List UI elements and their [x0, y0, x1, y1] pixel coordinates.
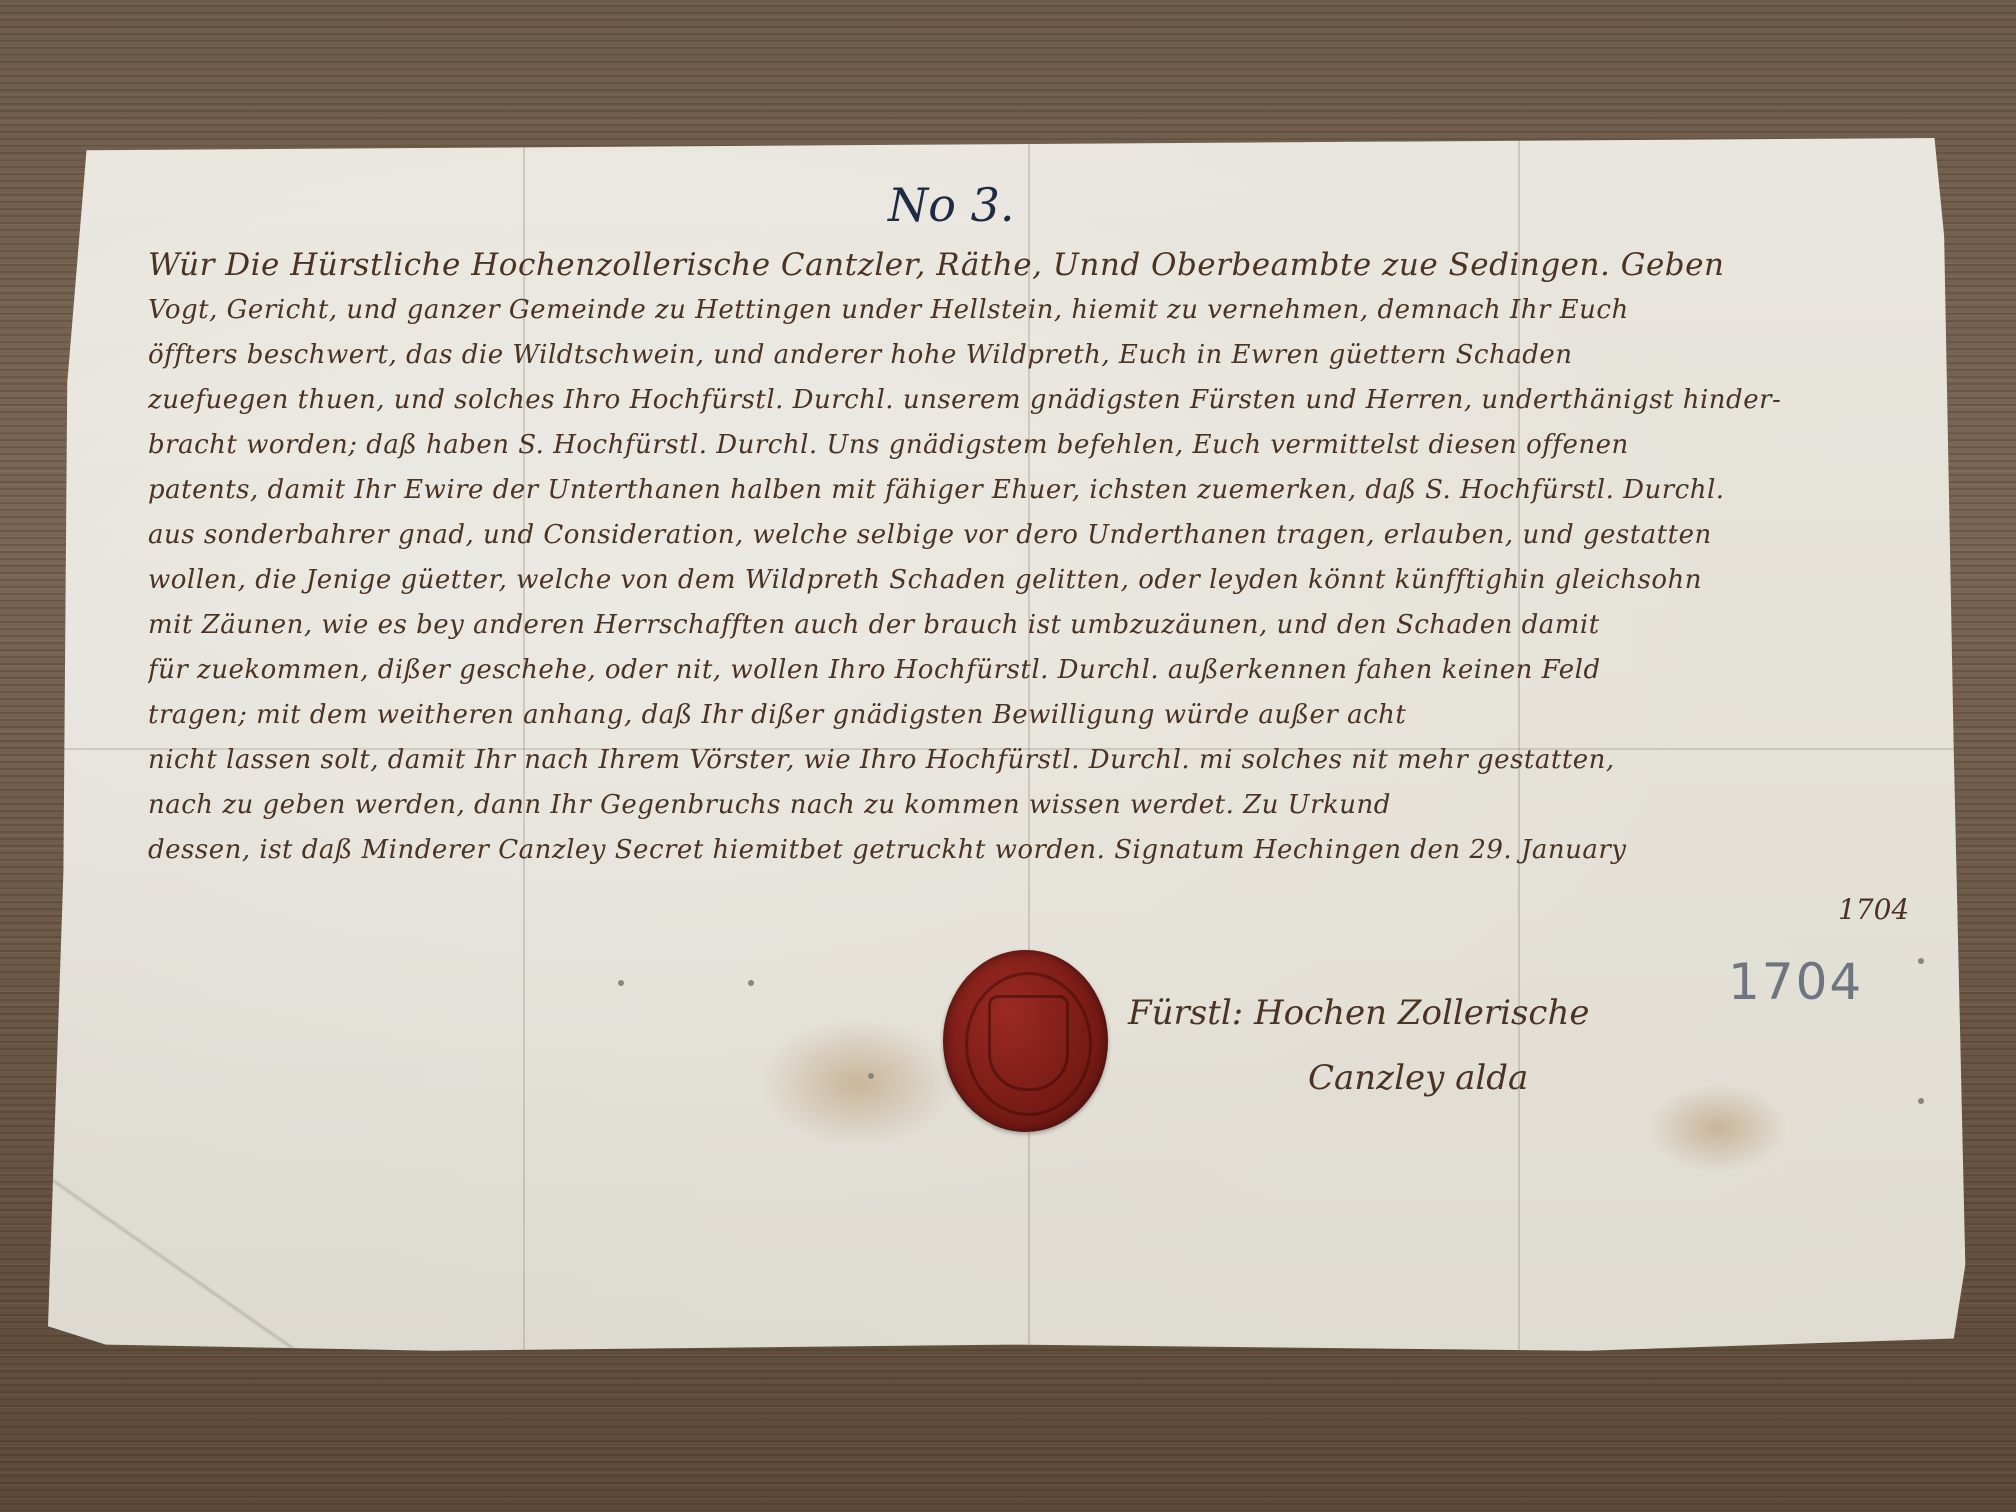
text-line: dessen, ist daß Minderer Canzley Secret … — [148, 828, 1908, 873]
pin-hole — [748, 980, 754, 986]
pin-hole — [1958, 608, 1964, 614]
text-line: Wür Die Hürstliche Hochenzollerische Can… — [148, 243, 1908, 288]
text-line: mit Zäunen, wie es bey anderen Herrschaf… — [148, 603, 1908, 648]
signature-line: Canzley alda — [1308, 1058, 1528, 1098]
manuscript-paper: No 3. Wür Die Hürstliche Hochenzollerisc… — [48, 138, 1973, 1363]
text-line: aus sonderbahrer gnad, und Consideration… — [148, 513, 1908, 558]
pencil-annotation: 1704 — [1728, 953, 1863, 1011]
water-stain — [1648, 1083, 1788, 1173]
text-line: nach zu geben werden, dann Ihr Gegenbruc… — [148, 783, 1908, 828]
wax-seal — [943, 950, 1108, 1132]
pin-hole — [1918, 1098, 1924, 1104]
text-line: öffters beschwert, das die Wildtschwein,… — [148, 333, 1908, 378]
corner-fold — [48, 1173, 308, 1363]
signature-line: Fürstl: Hochen Zollerische — [1128, 993, 1589, 1033]
pin-hole — [618, 980, 624, 986]
text-line: wollen, die Jenige güetter, welche von d… — [148, 558, 1908, 603]
ink-date: 1704 — [1838, 893, 1909, 926]
text-line: Vogt, Gericht, und ganzer Gemeinde zu He… — [148, 288, 1908, 333]
seal-coat-of-arms-icon — [988, 995, 1069, 1091]
text-line: für zuekommen, dißer geschehe, oder nit,… — [148, 648, 1908, 693]
text-line: zuefuegen thuen, und solches Ihro Hochfü… — [148, 378, 1908, 423]
document-number: No 3. — [888, 178, 1014, 232]
pin-hole — [1918, 958, 1924, 964]
water-stain — [758, 1018, 958, 1148]
text-line: tragen; mit dem weitheren anhang, daß Ih… — [148, 693, 1908, 738]
pin-hole — [868, 1073, 874, 1079]
text-line: bracht worden; daß haben S. Hochfürstl. … — [148, 423, 1908, 468]
text-line: nicht lassen solt, damit Ihr nach Ihrem … — [148, 738, 1908, 783]
letter-body: Wür Die Hürstliche Hochenzollerische Can… — [148, 243, 1908, 873]
text-line: patents, damit Ihr Ewire der Unterthanen… — [148, 468, 1908, 513]
